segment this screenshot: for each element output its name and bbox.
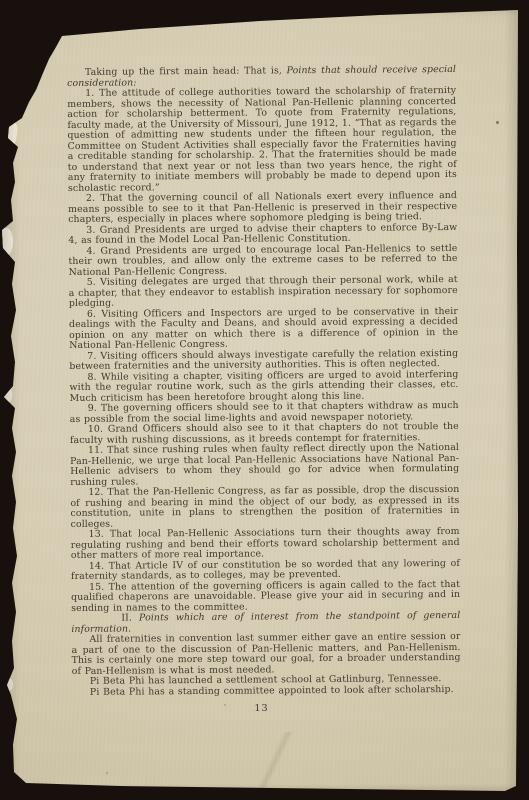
paragraph: 13. That local Pan-Hellenic Associations… [71,527,460,562]
text-run: 4. Grand Presidents are urged to encoura… [68,242,457,277]
paper-crease [200,732,350,790]
paragraph: Pi Beta Phi has a standing committee app… [72,684,461,698]
ink-speck [106,772,108,774]
text-run: 6. Visiting Officers and Inspectors are … [69,305,458,351]
book-page: Taking up the first main head: That is, … [0,0,529,800]
torn-edge-chip [5,678,13,691]
torn-edge-chip [0,228,13,256]
paragraph: 11. That since rushing rules when faulty… [70,443,459,488]
paragraph: 1. The attitude of college authorities t… [67,86,457,194]
text-run: 11. That since rushing rules when faulty… [70,442,459,488]
text-run: Pi Beta Phi has a standing committee app… [90,683,454,697]
text-run: All fraternities in convention last summ… [72,631,461,677]
text-run: 12. That the Pan-Hellenic Congress, as f… [70,484,459,530]
text-run: 5. Visiting delegates are urged that thr… [69,274,458,309]
torn-edge-chip [2,386,12,403]
text-run: 15. The attention of the governing offic… [71,578,460,613]
ink-speck [496,121,499,124]
paragraph: 6. Visiting Officers and Inspectors are … [69,306,458,351]
scanned-page-scene: Taking up the first main head: That is, … [0,0,529,800]
paragraph: All fraternities in convention last summ… [71,632,460,677]
paragraph: 12. That the Pan-Hellenic Congress, as f… [70,485,459,530]
paragraph: 2. That the governing council of all Nat… [68,191,457,226]
text-run: II. [121,612,139,623]
text-run: 13. That local Pan-Hellenic Associations… [71,526,460,561]
text-run: 1. The attitude of college authorities t… [67,85,457,194]
text-run: 8. While visiting a chapter, visiting of… [69,368,458,403]
text-run: Taking up the first main head: That is, [85,65,287,78]
page-text-block: Taking up the first main head: That is, … [67,65,461,698]
paragraph: 4. Grand Presidents are urged to encoura… [68,243,457,278]
paragraph: 15. The attention of the governing offic… [71,579,460,614]
page-number: 13 [67,703,456,714]
text-run: 2. That the governing council of all Nat… [68,190,457,225]
paragraph: 5. Visiting delegates are urged that thr… [69,275,458,310]
torn-edge-chip [1,120,18,148]
paragraph: 8. While visiting a chapter, visiting of… [69,369,458,404]
